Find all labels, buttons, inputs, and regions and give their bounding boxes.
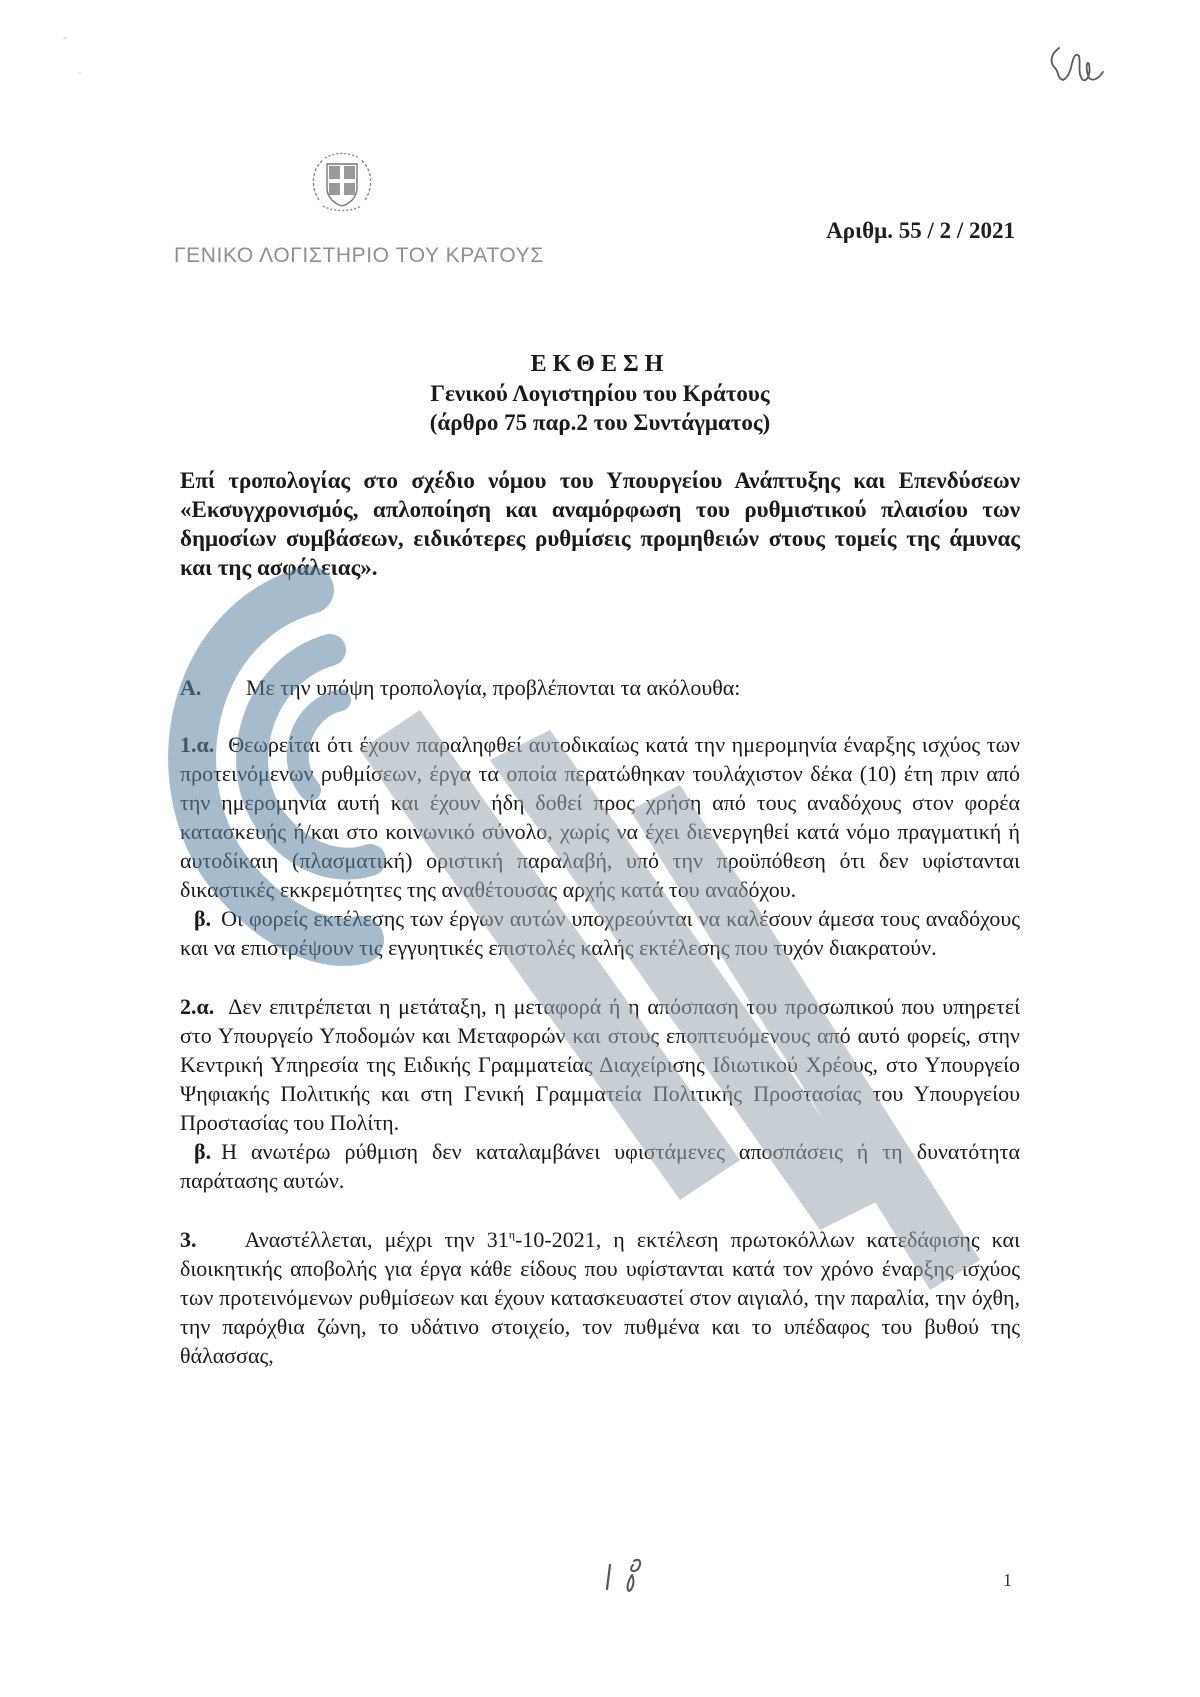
paragraph-3-text: 3.Αναστέλλεται, μέχρι την 31η-10-2021, η… bbox=[180, 1225, 1020, 1370]
reference-number: Αριθμ. 55 / 2 / 2021 bbox=[826, 218, 1015, 244]
signature-icon bbox=[1045, 38, 1105, 88]
paragraph-3: 3.Αναστέλλεται, μέχρι την 31η-10-2021, η… bbox=[180, 1225, 1020, 1370]
report-subject: Επί τροπολογίας στο σχέδιο νόμου του Υπο… bbox=[180, 466, 1020, 582]
report-issuer: Γενικού Λογιστηρίου του Κράτους bbox=[180, 379, 1020, 408]
section-a: Α.Με την υπόψη τροπολογία, προβλέπονται … bbox=[180, 673, 1020, 702]
paragraph-text: Αναστέλλεται, μέχρι την 31 bbox=[245, 1227, 509, 1252]
paragraph-label: 2.α. bbox=[180, 994, 214, 1019]
paragraph-text: Θεωρείται ότι έχουν παραληφθεί αυτοδικαί… bbox=[180, 732, 1020, 902]
paragraph-2a: 2.α.Δεν επιτρέπεται η μετάταξη, η μεταφο… bbox=[180, 992, 1020, 1137]
paragraph-text: Δεν επιτρέπεται η μετάταξη, η μεταφορά ή… bbox=[180, 994, 1020, 1135]
coat-of-arms-icon bbox=[307, 148, 377, 218]
constitution-reference: (άρθρο 75 παρ.2 του Συντάγματος) bbox=[180, 408, 1020, 437]
paragraph-1a: 1.α.Θεωρείται ότι έχουν παραληφθεί αυτοδ… bbox=[180, 730, 1020, 904]
report-title: ΕΚΘΕΣΗ bbox=[180, 350, 1020, 379]
handwritten-page-count bbox=[600, 1555, 650, 1600]
paragraph-text: Η ανωτέρω ρύθμιση δεν καταλαμβάνει υφιστ… bbox=[180, 1139, 1020, 1193]
paragraph-1: 1.α.Θεωρείται ότι έχουν παραληφθεί αυτοδ… bbox=[180, 730, 1020, 962]
paragraph-text: Οι φορείς εκτέλεσης των έργων αυτών υποχ… bbox=[180, 906, 1020, 960]
page-number: 1 bbox=[1003, 1570, 1012, 1591]
scan-artifact: · bbox=[78, 66, 82, 80]
paragraph-label: 3. bbox=[180, 1227, 197, 1252]
section-text: Με την υπόψη τροπολογία, προβλέπονται τα… bbox=[246, 675, 740, 700]
paragraph-label: β. bbox=[194, 906, 211, 931]
report-body: Α.Με την υπόψη τροπολογία, προβλέπονται … bbox=[180, 673, 1020, 1400]
scan-artifact: ˆ bbox=[62, 36, 68, 50]
report-heading: ΕΚΘΕΣΗ Γενικού Λογιστηρίου του Κράτους (… bbox=[180, 350, 1020, 437]
paragraph-label: β. bbox=[194, 1139, 211, 1164]
paragraph-2: 2.α.Δεν επιτρέπεται η μετάταξη, η μεταφο… bbox=[180, 992, 1020, 1195]
paragraph-2b: β.Η ανωτέρω ρύθμιση δεν καταλαμβάνει υφι… bbox=[180, 1137, 1020, 1195]
section-label: Α. bbox=[180, 673, 246, 702]
paragraph-label: 1.α. bbox=[180, 732, 214, 757]
paragraph-1b: β.Οι φορείς εκτέλεσης των έργων αυτών υπ… bbox=[180, 904, 1020, 962]
organization-name: ΓΕΝΙΚΟ ΛΟΓΙΣΤΗΡΙΟ ΤΟΥ ΚΡΑΤΟΥΣ bbox=[174, 244, 544, 268]
